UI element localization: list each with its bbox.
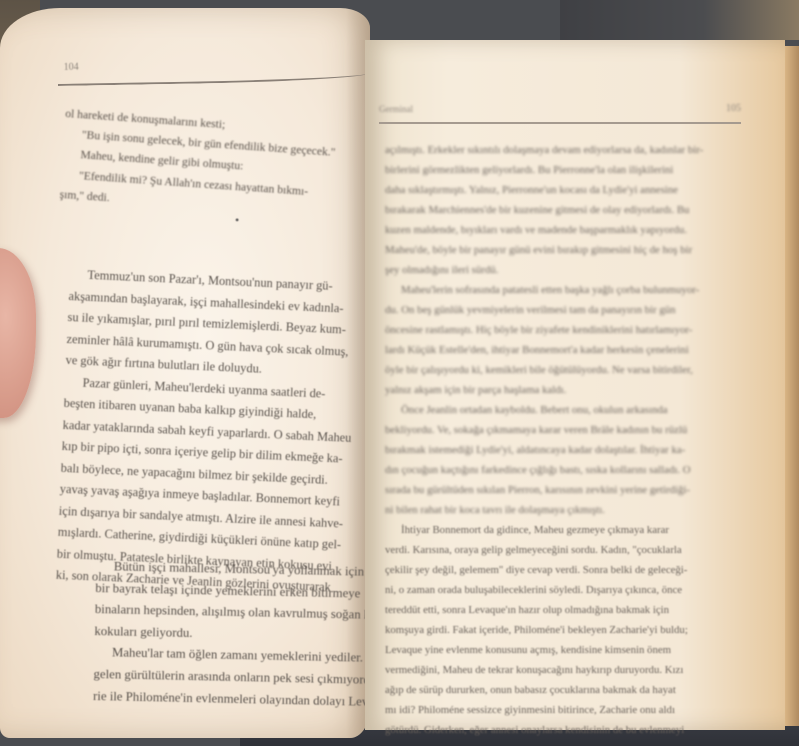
text-line: kuzen maldende, bıyıkları vardı ve maden… [385, 220, 745, 240]
text-line: ni bilen rahat bir koca tavrı ile dolaşm… [385, 500, 745, 520]
text-line: tereddüt etti, sonra Levaque'ın hazır ol… [385, 600, 745, 620]
section-separator: • [235, 213, 239, 228]
page-stack-edge [785, 46, 799, 726]
text-line: öncesine rastlamıştı. Hiç böyle bir ziya… [385, 320, 745, 340]
text-line: şey olmadığını ileri sürdü. [385, 260, 745, 280]
text-line: lardı Küçük Estelle'den, ihtiyar Bonnemo… [385, 340, 745, 360]
background-top-right [560, 0, 799, 40]
right-page-lower-text: İhtiyar Bonnemort da gidince, Maheu gezm… [385, 520, 745, 740]
text-line: bırakarak Marchiennes'de bir kuzenine gi… [385, 200, 745, 220]
right-page-number: 105 [726, 103, 741, 114]
text-line: yalnız akşam için bir parça haşlama kald… [385, 380, 745, 400]
text-line: bekliyordu. Ve, sokağa çıkmamaya karar v… [385, 420, 745, 440]
text-line: verdi. Karısına, oraya gelip gelmeyeceği… [385, 540, 745, 560]
text-line: vermediğini, Maheu de tekrar konuşacağın… [385, 660, 745, 680]
left-page-middle-text: Temmuz'un son Pazar'ı, Montsou'nun panay… [55, 264, 359, 599]
text-line: dın çocuğun kaçtığını farkedince çığlığı… [385, 460, 745, 480]
text-line: ni, o zaman orada buluşabileceklerini sö… [385, 580, 745, 600]
book-left-page: 104 ol hareketi de konuşmalarını kesti; … [0, 8, 370, 738]
text-line: ağıp de sürüp dururken, onun babasız çoc… [385, 680, 745, 700]
book-right-page: Germinal 105 açılmıştı. Erkekler sıkıntı… [365, 40, 785, 730]
text-line: İhtiyar Bonnemort da gidince, Maheu gezm… [385, 520, 745, 540]
text-line: du. On beş günlük yevmiyelerin verilmesi… [385, 300, 745, 320]
text-line: komşuya girdi. Fakat içeride, Philoméne'… [385, 620, 745, 640]
right-page-header: Germinal 105 [379, 102, 741, 124]
left-page-header: 104 [58, 57, 368, 86]
text-line: öyle bir çalışıyordu ki, kemikleri bile … [385, 360, 745, 380]
text-line: Levaque yine evlenme konusunu açmış, ken… [385, 640, 745, 660]
running-title: Germinal [379, 104, 413, 114]
text-line: sırada bu gürültüden sıkılan Pierron, ka… [385, 480, 745, 500]
thumb-holding-page [0, 248, 36, 418]
left-page-top-text: ol hareketi de konuşmalarını kesti; "Bu … [59, 104, 370, 226]
text-line: Maheu'de, böyle bir panayır günü evini b… [385, 240, 745, 260]
left-page-number: 104 [64, 62, 79, 73]
text-line: Maheu'lerin sofrasında patatesli etten b… [385, 280, 745, 300]
text-line: çekilir şey değil, gelemem" diye cevap v… [385, 560, 745, 580]
text-line: birlerini görmezlikten geliyorlardı. Bu … [385, 160, 745, 180]
text-line: daha sıklaştırmıştı. Yalnız, Pierronne'u… [385, 180, 745, 200]
text-line: götürdü. Giderken, eğer annesi onaylarsa… [385, 720, 745, 740]
text-line: bırakmak istemediği Lydie'yi, aldatıncay… [385, 440, 745, 460]
left-page-bottom-text: Bütün işçi mahallesi, Montsou'ya yollanm… [93, 556, 370, 713]
text-line: açılmıştı. Erkekler sıkıntılı dolaşmaya … [385, 140, 745, 160]
text-line: mı idi? Philoméne sessizce giyinmesini b… [385, 700, 745, 720]
right-page-upper-text: açılmıştı. Erkekler sıkıntılı dolaşmaya … [385, 140, 745, 520]
text-line: Önce Jeanlin ortadan kayboldu. Bebert on… [385, 400, 745, 420]
